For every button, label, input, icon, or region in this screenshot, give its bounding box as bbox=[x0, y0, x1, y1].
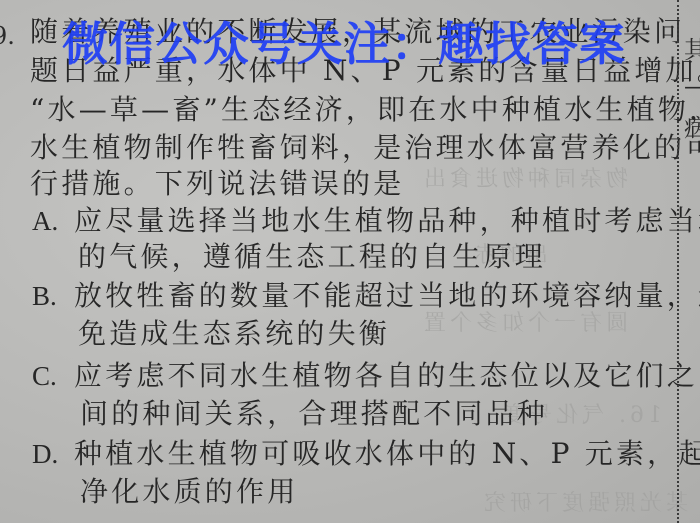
question-stem-line: 行措施。下列说法错误的是 bbox=[30, 170, 404, 198]
option-text: 种植水生植物可吸收水体中的 N、P 元素，起到 bbox=[74, 437, 700, 470]
option-b-continued: 免造成生态系统的失衡 bbox=[78, 320, 390, 348]
bleed-through-text: 某光照强度下研究 bbox=[480, 486, 688, 517]
bleed-through-text: 物杂同种物进食出 bbox=[420, 162, 628, 193]
option-text: 应尽量选择当地水生植物品种，种植时考虑当地 bbox=[74, 204, 700, 237]
column-divider bbox=[677, 0, 679, 523]
question-number: 9. bbox=[0, 22, 15, 50]
watermark-text: 微信公众号关注：趣找答案 bbox=[62, 8, 626, 74]
option-c[interactable]: C.应考虑不同水生植物各自的生态位以及它们之 bbox=[32, 362, 698, 390]
question-stem-line: 水生植物制作牲畜饲料，是治理水体富营养化的可 bbox=[30, 134, 700, 162]
option-a[interactable]: A.应尽量选择当地水生植物品种，种植时考虑当地 bbox=[32, 207, 700, 235]
option-text: 应考虑不同水生植物各自的生态位以及它们之 bbox=[74, 359, 698, 392]
question-stem-line: “水—草—畜”生态经济，即在水中种植水生植物，用 bbox=[30, 96, 700, 124]
option-b[interactable]: B.放牧牲畜的数量不能超过当地的环境容纳量，避 bbox=[32, 282, 700, 310]
option-d-continued: 净化水质的作用 bbox=[80, 478, 298, 506]
option-label: D. bbox=[32, 441, 74, 468]
right-column-fragment: 其 bbox=[684, 30, 700, 65]
option-label: C. bbox=[32, 363, 74, 390]
option-a-continued: 的气候，遵循生态工程的自生原理 bbox=[78, 243, 546, 271]
right-column-fragment: 病 bbox=[684, 108, 700, 143]
exam-page: 物杂同种物进食出 出的赤 圆有一个如多个置 16. 气化号度 某光照强度下研究 … bbox=[0, 0, 700, 523]
option-text: 放牧牲畜的数量不能超过当地的环境容纳量，避 bbox=[74, 279, 700, 312]
option-label: A. bbox=[32, 208, 74, 235]
option-c-continued: 间的种间关系，合理搭配不同品种 bbox=[80, 400, 548, 428]
right-column-fragment: — bbox=[684, 72, 700, 100]
option-label: B. bbox=[32, 283, 74, 310]
option-d[interactable]: D.种植水生植物可吸收水体中的 N、P 元素，起到 bbox=[32, 440, 700, 468]
